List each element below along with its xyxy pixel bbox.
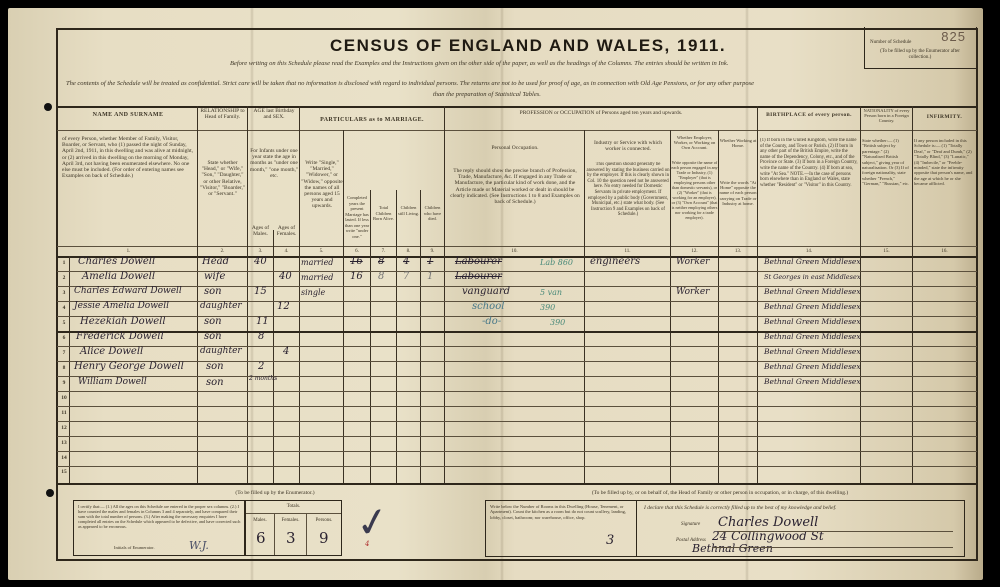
punch-hole: [44, 103, 52, 111]
row-number: 10: [59, 395, 69, 401]
schedule-number-note: (To be filled up by the Enumerator after…: [870, 49, 970, 61]
signature-label: Signature: [681, 522, 700, 528]
header-name: NAME AND SURNAME: [60, 112, 196, 118]
confidentiality-line: The contents of the Schedule will be tre…: [66, 80, 754, 87]
occupier-heading: (To be filled up by, or on behalf of, th…: [490, 490, 950, 496]
children-died: 1: [427, 271, 433, 282]
header-children-died: Children who have died.: [421, 205, 444, 245]
header-divider: [57, 130, 977, 131]
females-label: Females.: [275, 518, 306, 524]
col-rule: [757, 106, 758, 483]
column-number: 8.: [397, 249, 420, 254]
person-relationship: son: [206, 361, 224, 372]
employer-worker: Worker: [676, 257, 709, 267]
column-number: 12.: [671, 249, 718, 254]
birthplace: Bethnal Green Middlesex: [764, 333, 861, 341]
header-marriage-note: Write "Single," "Married," "Widower," or…: [301, 160, 343, 220]
years-married: 16: [350, 271, 363, 282]
person-name: Hezekiah Dowell: [80, 316, 166, 327]
header-infirmity-note: If any person included in this Schedule …: [914, 138, 975, 244]
age-male: 11: [256, 316, 269, 327]
col-rule: [69, 256, 70, 483]
row-line: [57, 391, 977, 392]
confidentiality-line-2: than the preparation of Statistical Tabl…: [433, 91, 541, 98]
column-number: 3.: [248, 249, 273, 254]
person-name: Charles Dowell: [78, 256, 155, 267]
marriage-status: married: [301, 273, 333, 282]
occupation-code: Lab 860: [540, 258, 573, 267]
column-number: 15.: [861, 249, 912, 254]
birthplace: Bethnal Green Middlesex: [764, 288, 861, 296]
signature: Charles Dowell: [718, 515, 818, 530]
occupation-code: 390: [540, 303, 555, 312]
occupier-box: Write below the Number of Rooms in this …: [485, 500, 965, 557]
col-rule: [273, 230, 274, 483]
occupation: vanguard: [462, 286, 510, 297]
row-number: 7: [59, 350, 69, 356]
birthplace: Bethnal Green Middlesex: [764, 258, 861, 266]
persons-label: Persons.: [307, 518, 341, 524]
table-bottom-rule: [57, 483, 977, 485]
header-personal-occupation: Personal Occupation.: [446, 145, 584, 151]
header-children-born: Total Children Born Alive.: [371, 205, 396, 245]
person-relationship: son: [204, 331, 222, 342]
column-number: 13.: [719, 249, 757, 254]
age-male: 15: [254, 286, 267, 297]
person-name: Amelia Dowell: [82, 271, 155, 282]
person-name: Charles Edward Dowell: [74, 286, 182, 296]
schedule-number-box: 825 Number of Schedule (To be filled up …: [864, 27, 977, 69]
years-married: 16: [350, 256, 363, 267]
row-number: 2: [59, 275, 69, 281]
industry: engineers: [590, 256, 640, 267]
col-rule: [444, 106, 445, 483]
header-industry: Industry or Service with which worker is…: [586, 140, 670, 154]
age-male: 8: [258, 331, 264, 342]
address-line-2: Bethnal Green: [692, 542, 773, 555]
header-years-married: Completed years the present Marriage has…: [344, 195, 370, 245]
col-rule: [343, 130, 344, 483]
totals-label: Totals.: [246, 504, 341, 510]
column-number: 10.: [445, 249, 584, 254]
column-number: 5.: [300, 249, 343, 254]
enumerator-certificate-text: I certify that:— (1.) All the ages on th…: [78, 504, 244, 529]
person-name: William Dowell: [78, 377, 147, 387]
col-rule: [299, 106, 300, 483]
occupation: Labourer: [455, 271, 502, 282]
header-birthplace: BIRTHPLACE of every person.: [759, 112, 859, 128]
punch-hole: [46, 489, 54, 497]
row-line: [57, 421, 977, 422]
total-persons: 9: [319, 529, 329, 547]
children-born: 8: [378, 256, 384, 267]
header-relationship-note: State whether "Head," or "Wife," "Son," …: [199, 160, 246, 220]
header-age-note: For Infants under one year state the age…: [249, 148, 299, 208]
row-line: [57, 466, 977, 467]
header-occupation-note: The reply should show the precise branch…: [448, 168, 582, 243]
row-number: 8: [59, 365, 69, 371]
row-line: [57, 271, 977, 272]
header-nationality: NATIONALITY of every Person born in a Fo…: [861, 108, 912, 130]
employer-worker: Worker: [676, 287, 709, 297]
row-number: 1: [59, 260, 69, 266]
initials-label: Initials of Enumerator.: [114, 545, 155, 551]
page-title: CENSUS OF ENGLAND AND WALES, 1911.: [330, 36, 726, 56]
enumerator-certificate-box: I certify that:— (1.) All the ages on th…: [73, 500, 245, 556]
col-rule: [197, 106, 198, 483]
marriage-status: married: [301, 258, 333, 267]
enumerator-heading: (To be filled up by the Enumerator.): [150, 490, 400, 496]
row-number: 15: [59, 469, 69, 475]
row-number: 9: [59, 380, 69, 386]
person-relationship: son: [204, 286, 222, 297]
occupation-code: 390: [550, 318, 565, 327]
person-relationship: wife: [204, 271, 225, 282]
children-born: 8: [378, 271, 384, 282]
marriage-status: single: [301, 288, 325, 297]
person-name: Frederick Dowell: [76, 331, 164, 342]
header-occupation: PROFESSION or OCCUPATION of Persons aged…: [446, 110, 756, 130]
col-rule: [912, 106, 913, 483]
column-number: 16.: [913, 249, 976, 254]
row-number: 4: [59, 305, 69, 311]
header-infirmity: INFIRMITY.: [913, 114, 976, 120]
column-number: 4.: [274, 249, 299, 254]
instruction-line: Before writing on this Schedule please r…: [230, 60, 728, 67]
header-relationship: RELATIONSHIP to Head of Family.: [199, 108, 246, 130]
header-industry-note: This question should generally be answer…: [586, 162, 670, 245]
header-working-home: Whether Working at Home.: [719, 138, 757, 154]
row-number: 5: [59, 320, 69, 326]
age-female: 12: [277, 301, 290, 312]
person-name: Jessie Amelia Dowell: [74, 301, 169, 311]
enumerator-initials: W.J.: [189, 539, 209, 552]
column-number: 7.: [371, 249, 396, 254]
birthplace: Bethnal Green Middlesex: [764, 318, 861, 326]
declaration-text: I declare that this Schedule is correctl…: [644, 505, 837, 511]
totals-box: Totals. Males. Females. Persons. 6 3 9: [245, 500, 342, 556]
row-number: 13: [59, 440, 69, 446]
header-home-note: Write the words "At Home" opposite the n…: [719, 180, 757, 230]
header-employer-worker: Whether Employer, Worker, or Working on …: [671, 135, 718, 153]
column-number: 2.: [198, 249, 247, 254]
header-children-living: Children still Living.: [397, 205, 420, 245]
column-number: 6.: [344, 249, 370, 254]
birthplace: Bethnal Green Middlesex: [764, 378, 861, 386]
age-male: 2: [258, 361, 264, 372]
occupation: Labourer: [455, 256, 502, 267]
rooms-count: 3: [606, 533, 614, 548]
schedule-number: 825: [941, 29, 966, 44]
header-age: AGE last Birthday and SEX.: [249, 108, 299, 130]
person-relationship: Head: [202, 256, 229, 267]
header-name-note: of every Person, whether Member of Famil…: [62, 136, 195, 236]
birthplace: St Georges in east Middlesex: [764, 273, 861, 281]
header-ages-females: Ages of Females.: [274, 225, 299, 245]
header-divider: [57, 246, 977, 247]
column-number: 11.: [585, 249, 670, 254]
birthplace: Bethnal Green Middlesex: [764, 303, 861, 311]
column-number: 14.: [758, 249, 860, 254]
person-relationship: daughter: [200, 346, 242, 356]
birthplace: Bethnal Green Middlesex: [764, 363, 861, 371]
age-female: 4: [283, 346, 289, 357]
row-number: 14: [59, 455, 69, 461]
header-nationality-note: State whether:— (1) "British subject by …: [862, 138, 912, 244]
header-birthplace-note: (1) If born in the United Kingdom, write…: [760, 138, 859, 244]
birthplace: Bethnal Green Middlesex: [764, 348, 861, 356]
col-rule: [247, 106, 248, 483]
total-females: 3: [286, 529, 296, 547]
children-died: 1: [427, 256, 433, 267]
row-number: 11: [59, 410, 69, 416]
person-name: Henry George Dowell: [74, 361, 184, 372]
person-relationship: daughter: [200, 301, 242, 311]
total-males: 6: [256, 529, 266, 547]
row-number: 12: [59, 425, 69, 431]
enumerator-mark: 4: [365, 540, 369, 548]
age-male: 40: [254, 256, 267, 267]
age-male: 2 months: [249, 375, 277, 382]
row-line: [57, 436, 977, 437]
rooms-note: Write below the Number of Rooms in this …: [490, 504, 633, 520]
row-number: 3: [59, 290, 69, 296]
children-living: 7: [403, 271, 409, 282]
occupation: school: [472, 301, 504, 312]
row-line: [57, 451, 977, 452]
males-label: Males.: [246, 518, 274, 524]
header-employer-note: Write opposite the name of each person e…: [671, 160, 718, 245]
occupation-code: 5 van: [540, 288, 562, 297]
age-female: 40: [279, 271, 292, 282]
header-ages-males: Ages of Males.: [248, 225, 273, 245]
person-name: Alice Dowell: [80, 346, 143, 357]
col-rule: [584, 130, 585, 483]
table-top-rule: [57, 106, 977, 108]
person-relationship: son: [204, 316, 222, 327]
occupation: -do-: [482, 316, 501, 327]
schedule-number-label: Number of Schedule: [870, 40, 911, 45]
row-number: 6: [59, 335, 69, 341]
column-number: 1.: [60, 249, 197, 254]
person-relationship: son: [206, 377, 224, 388]
children-living: 4: [403, 256, 409, 267]
row-line: [57, 406, 977, 407]
header-marriage: PARTICULARS as to MARRIAGE.: [300, 117, 444, 123]
column-number: 9.: [421, 249, 444, 254]
